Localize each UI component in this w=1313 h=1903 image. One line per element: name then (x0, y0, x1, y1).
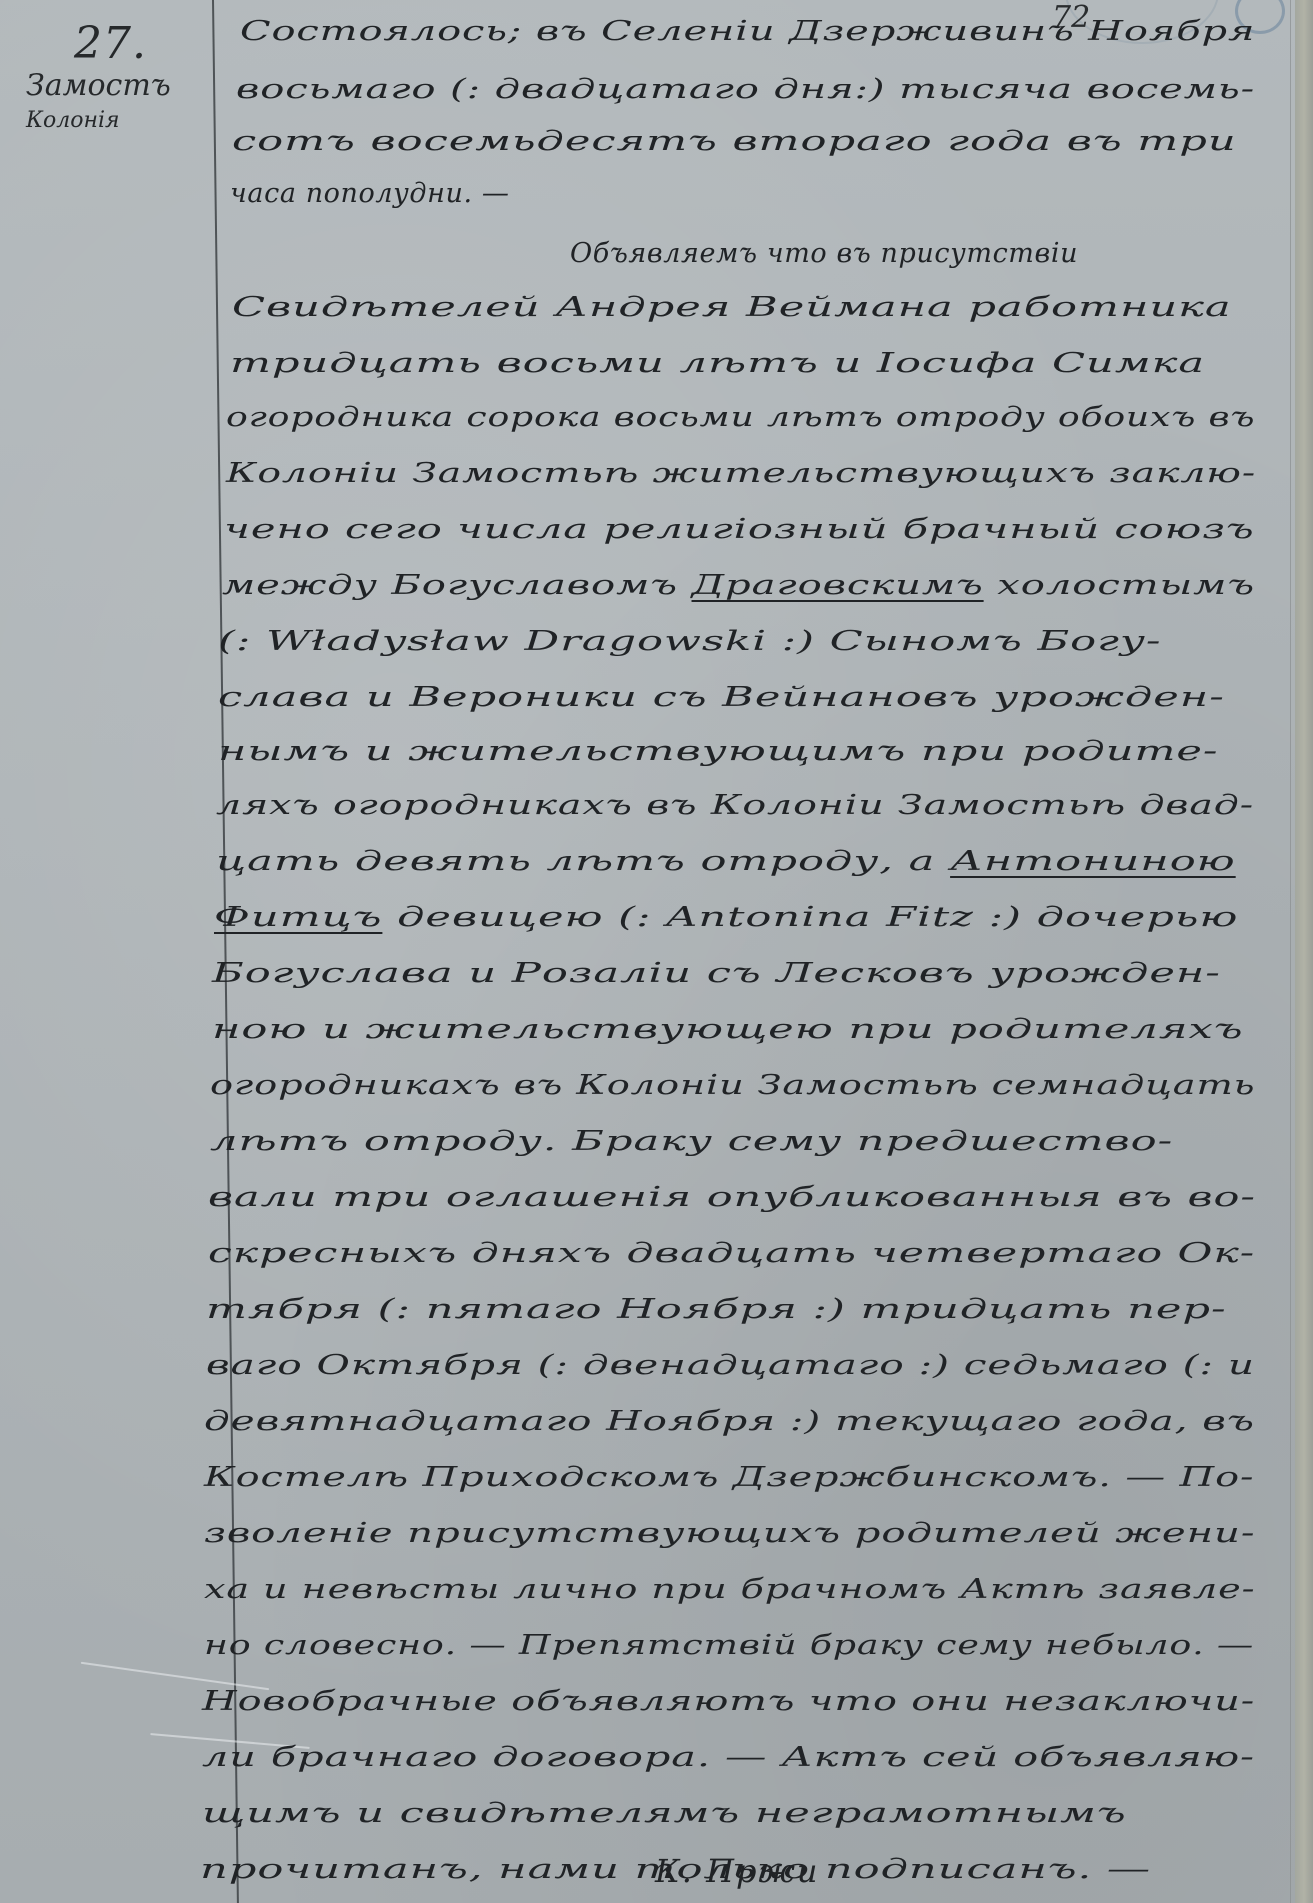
entry-text-line: ною и жительствующею при родителяхъ (212, 1014, 1244, 1045)
entry-text-line: часа пополудни. — (230, 178, 510, 209)
entry-text-line: цать девять лѣтъ отроду, а Антониною (216, 846, 1236, 877)
entry-text-line: между Богуславомъ Драговскимъ холостымъ (222, 570, 1255, 601)
entry-text-line: восьмаго (: двадцатаго дня:) тысяча восе… (236, 74, 1255, 105)
entry-text-line: Объявляемъ что въ присутствіи (570, 238, 1078, 269)
underlined-name: Фитцъ (214, 902, 382, 933)
entry-text-line: тридцать восьми лѣтъ и Іосифа Симка (230, 348, 1205, 379)
entry-text-line: Костелѣ Приходскомъ Дзержбинскомъ. — По- (204, 1462, 1254, 1493)
entry-text-line: Колоніи Замостьѣ жительствующихъ заклю- (226, 458, 1256, 489)
entry-text-line: (: Władysław Dragowski :) Сыномъ Богу- (218, 626, 1162, 657)
entry-text-line: Новобрачные объявляютъ что они незаключи… (202, 1686, 1255, 1717)
officiant-signature: К. Пржи (655, 1852, 819, 1890)
entry-text-line: но словесно. — Препятствій браку сему не… (204, 1630, 1254, 1661)
entry-text-line: зволеніе присутствующихъ родителей жени- (204, 1518, 1255, 1549)
entry-text-line: щимъ и свидѣтелямъ неграмотнымъ (202, 1798, 1127, 1829)
entry-text-line: девятнадцатаго Ноября :) текущаго года, … (204, 1406, 1255, 1437)
entry-text-line: огородника сорока восьми лѣтъ отроду обо… (226, 402, 1255, 433)
entry-text-line: Состоялось; въ Селеніи Дзерживинъ Ноября (240, 16, 1255, 47)
entry-text-line: лѣтъ отроду. Браку сему предшество- (210, 1126, 1173, 1157)
entry-text-line: ляхъ огородникахъ въ Колоніи Замостьѣ дв… (216, 790, 1254, 821)
entry-text-line: сотъ восемьдесятъ втораго года въ три (232, 126, 1237, 157)
entry-text-line: Свидѣтелей Андрея Веймана работника (232, 292, 1232, 323)
entry-text-line: ха и невѣсты лично при брачномъ Актѣ зая… (204, 1574, 1255, 1605)
register-page: 72 27. Замостъ Колонія Состоялось; въ Се… (0, 0, 1313, 1903)
entry-text-line: чено сего числа религіозный брачный союз… (224, 514, 1255, 545)
entry-text-line: нымъ и жительствующимъ при родите- (218, 736, 1219, 767)
entry-text-line: ваго Октября (: двенадцатаго :) седьмаго… (206, 1350, 1255, 1381)
entry-text-line: Фитцъ девицею (: Antonina Fitz :) дочерь… (214, 902, 1238, 933)
underlined-name: Драговскимъ (692, 570, 984, 601)
entry-text-line: слава и Вероники съ Вейнановъ урожден- (218, 682, 1225, 713)
entry-text-line: вали три оглашенія опубликованныя въ во- (208, 1182, 1256, 1213)
entry-text-line: огородникахъ въ Колоніи Замостьѣ семнадц… (210, 1070, 1255, 1101)
entry-text-line: скресныхъ дняхъ двадцать четвертаго Ок- (208, 1238, 1255, 1269)
entry-text-line: Богуслава и Розаліи съ Лесковъ урожден- (212, 958, 1221, 989)
entry-text-line: ли брачнаго договора. — Актъ сей объявля… (202, 1742, 1255, 1773)
underlined-name: Антониною (950, 846, 1236, 877)
entry-text-line: тября (: пятаго Ноября :) тридцать пер- (206, 1294, 1227, 1325)
register-entry-text: Состоялось; въ Селеніи Дзерживинъ Ноября… (0, 0, 1313, 1903)
